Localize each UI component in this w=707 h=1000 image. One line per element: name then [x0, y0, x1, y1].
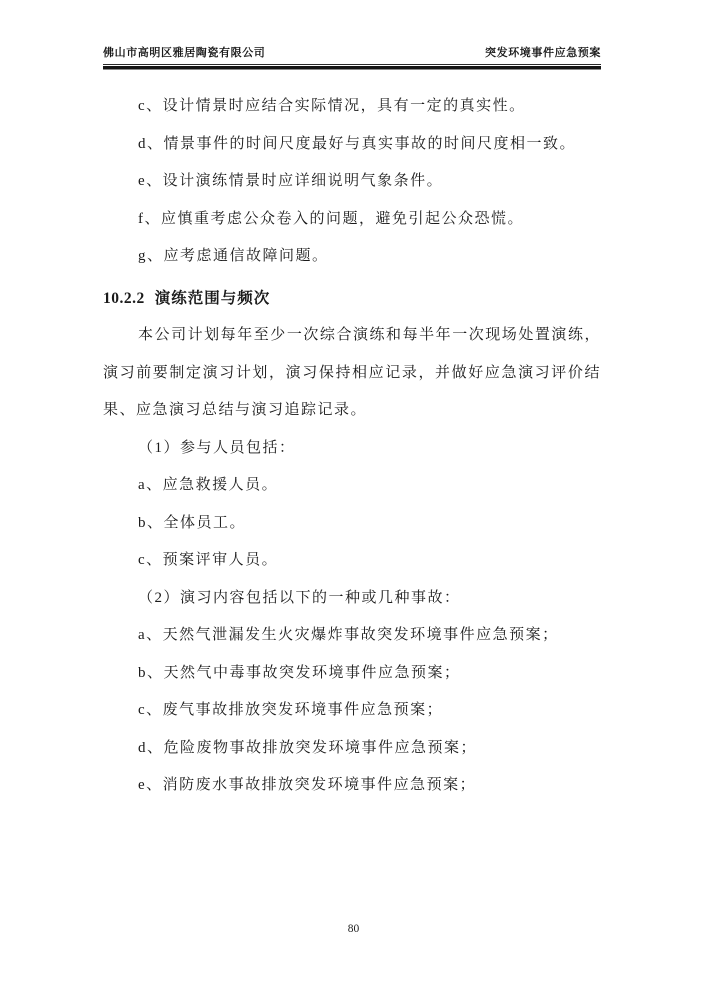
- list-item-2c: c、废气事故排放突发环境事件应急预案；: [103, 692, 601, 730]
- list-item-f: f、应慎重考虑公众卷入的问题，避免引起公众恐慌。: [103, 201, 601, 239]
- document-body: c、设计情景时应结合实际情况，具有一定的真实性。 d、情景事件的时间尺度最好与真…: [103, 88, 601, 805]
- list-item-2b: b、天然气中毒事故突发环境事件应急预案；: [103, 655, 601, 693]
- header-row: 佛山市高明区雅居陶瓷有限公司 突发环境事件应急预案: [103, 44, 601, 64]
- list-item-1: （1）参与人员包括：: [103, 430, 601, 468]
- page-number: 80: [348, 923, 360, 935]
- header-rule-thick: [103, 66, 601, 70]
- list-item-g: g、应考虑通信故障问题。: [103, 238, 601, 276]
- list-item-2d: d、危险废物事故排放突发环境事件应急预案；: [103, 730, 601, 768]
- list-item-2e: e、消防废水事故排放突发环境事件应急预案；: [103, 767, 601, 805]
- section-title: 演练范围与频次: [155, 290, 271, 307]
- page-header: 佛山市高明区雅居陶瓷有限公司 突发环境事件应急预案: [103, 44, 601, 70]
- list-item-1a: a、应急救援人员。: [103, 467, 601, 505]
- header-doc-title: 突发环境事件应急预案: [485, 44, 601, 60]
- list-item-1b: b、全体员工。: [103, 505, 601, 543]
- section-number: 10.2.2: [103, 290, 145, 307]
- document-page: 佛山市高明区雅居陶瓷有限公司 突发环境事件应急预案 c、设计情景时应结合实际情况…: [0, 0, 707, 1000]
- list-item-e: e、设计演练情景时应详细说明气象条件。: [103, 163, 601, 201]
- header-company: 佛山市高明区雅居陶瓷有限公司: [103, 44, 265, 60]
- list-item-c: c、设计情景时应结合实际情况，具有一定的真实性。: [103, 88, 601, 126]
- page-footer: 80: [0, 923, 707, 935]
- list-item-2: （2）演习内容包括以下的一种或几种事故：: [103, 580, 601, 618]
- list-item-d: d、情景事件的时间尺度最好与真实事故的时间尺度相一致。: [103, 126, 601, 164]
- list-item-2a: a、天然气泄漏发生火灾爆炸事故突发环境事件应急预案；: [103, 617, 601, 655]
- list-item-1c: c、预案评审人员。: [103, 542, 601, 580]
- section-heading: 10.2.2演练范围与频次: [103, 280, 601, 318]
- body-paragraph: 本公司计划每年至少一次综合演练和每半年一次现场处置演练，演习前要制定演习计划，演…: [103, 317, 601, 430]
